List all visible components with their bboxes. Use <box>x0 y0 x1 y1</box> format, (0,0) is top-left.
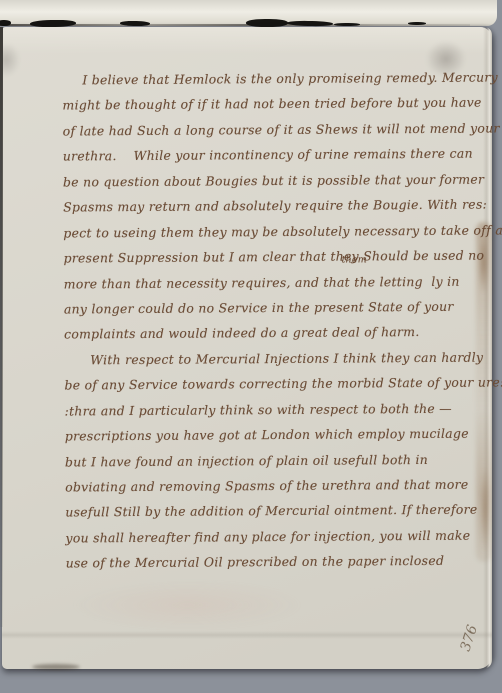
letter-line: :thra and I particularly think so with r… <box>65 395 489 423</box>
crease-ink-blob <box>408 22 426 25</box>
letter-line: urethra. While your incontinency of urin… <box>63 141 487 169</box>
stain-pink-tint <box>72 581 302 629</box>
letter-line: be no question about Bougies but it is p… <box>63 166 487 194</box>
letter-line: of late had Such a long course of it as … <box>63 115 487 143</box>
letter-line: might be thought of if it had not been t… <box>62 90 486 118</box>
crease-ink-blob <box>246 19 288 27</box>
letter-line: but I have found an injection of plain o… <box>65 446 489 474</box>
letter-line: you shall hereafter find any place for i… <box>65 522 489 550</box>
letter-line: pect to useing them they may be absolute… <box>63 217 487 245</box>
letter-line: With respect to Mercurial Injections I t… <box>64 344 488 372</box>
page-bottom-foldline <box>2 631 492 639</box>
letter-body: I believe that Hemlock is the only promi… <box>62 65 490 577</box>
gutter-shadow <box>0 27 3 627</box>
letter-line: Spasms may return and absolutely require… <box>63 192 487 220</box>
crease-ink-blob <box>0 20 11 26</box>
letter-line: any longer could do no Service in the pr… <box>64 293 488 321</box>
letter-line: be of any Service towards correcting the… <box>64 370 488 398</box>
letter-line: prescriptions you have got at London whi… <box>65 421 489 449</box>
letter-line: present Suppression but I am clear that … <box>63 243 487 271</box>
stain-bottom-edge <box>32 664 80 670</box>
letter-line: complaints and would indeed do a great d… <box>64 319 488 347</box>
letter-line: more than that necessity requires, and t… <box>64 268 488 296</box>
interlinear-insertion: them <box>342 255 367 265</box>
letter-line: obviating and removing Spasms of the ure… <box>65 472 489 500</box>
page-top-highlight <box>2 27 492 53</box>
stain-top-left <box>0 43 20 77</box>
letter-line: usefull Still by the addition of Mercuri… <box>65 497 489 525</box>
scanned-letter-view: I believe that Hemlock is the only promi… <box>0 0 502 693</box>
letter-line: I believe that Hemlock is the only promi… <box>62 65 486 93</box>
letter-line: use of the Mercurial Oil prescribed on t… <box>66 548 490 576</box>
crease-ink-blob <box>334 23 360 26</box>
